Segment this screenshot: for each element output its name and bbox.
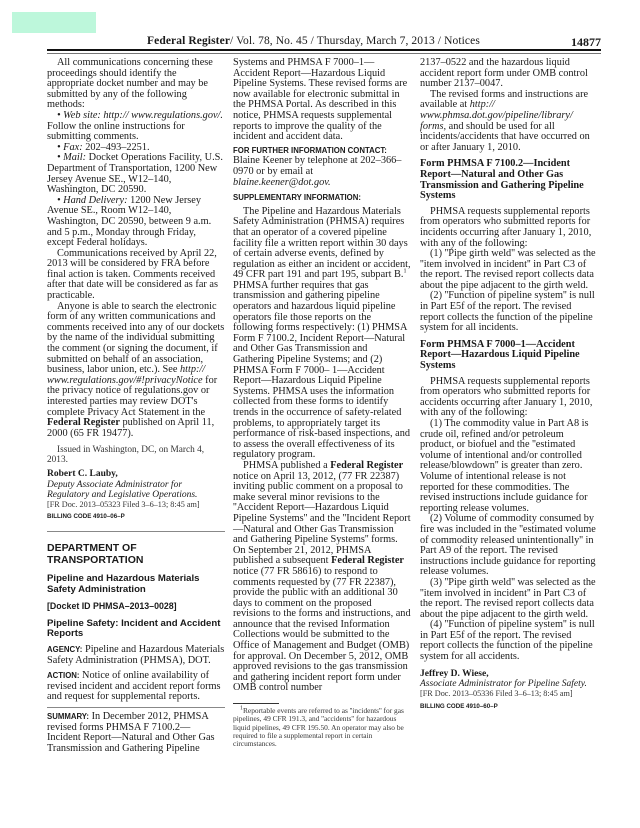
paragraph: Systems and PHMSA F 7000–1— Accident Rep…: [233, 58, 411, 143]
highlight-marker: [12, 12, 96, 33]
paragraph: Communications received by April 22, 201…: [47, 249, 225, 302]
paragraph: The Pipeline and Hazardous Materials Saf…: [233, 207, 411, 461]
paragraph: All communications concerning these proc…: [47, 58, 225, 111]
agency-heading: Pipeline and Hazardous Materials Safety …: [47, 574, 225, 595]
summary-block: SUMMARY: In December 2012, PHMSA revised…: [47, 712, 225, 754]
subject-heading: Pipeline Safety: Incident and Accident R…: [47, 619, 225, 640]
list-item: (1) The commodity value in Part A8 is cr…: [420, 419, 598, 514]
issued-line: Issued in Washington, DC, on March 4, 20…: [47, 445, 225, 465]
method-mail: • Mail: Docket Operations Facility, U.S.…: [47, 153, 225, 195]
issue-info: / Vol. 78, No. 45 / Thursday, March 7, 2…: [230, 35, 480, 47]
header-rule-thin: [47, 53, 601, 54]
publication-name: Federal Register: [147, 35, 230, 47]
section-heading-7000: Form PHMSA F 7000–1—Accident Report—Haza…: [420, 340, 598, 372]
billing-code: BILLING CODE 4910–06–P: [47, 512, 225, 523]
page-number: 14877: [571, 35, 601, 50]
list-item: (1) ''Pipe girth weld'' was selected as …: [420, 249, 598, 291]
fr-doc: [FR Doc. 2013–05323 Filed 3–6–13; 8:45 a…: [47, 500, 225, 510]
contact-text: Blaine Keener by telephone at 202–366– 0…: [233, 156, 411, 188]
footnote: 1Reportable events are referred to as ''…: [233, 707, 411, 748]
list-item: (3) ''Pipe girth weld'' was selected as …: [420, 578, 598, 620]
department-heading: DEPARTMENT OF TRANSPORTATION: [47, 542, 225, 566]
billing-code: BILLING CODE 4910–60–P: [420, 702, 598, 713]
footnote-ref[interactable]: 1: [403, 269, 406, 275]
section-heading-7100: Form PHMSA F 7100.2—Incident Report—Natu…: [420, 159, 598, 201]
signer-name: Robert C. Lauby,: [47, 469, 225, 480]
fr-doc: [FR Doc. 2013–05336 Filed 3–6–13; 8:45 a…: [420, 689, 598, 699]
header-title: Federal Register/ Vol. 78, No. 45 / Thur…: [147, 35, 480, 47]
signer-name: Jeffrey D. Wiese,: [420, 669, 598, 680]
supplementary-label: SUPPLEMENTARY INFORMATION:: [233, 193, 411, 204]
divider: [47, 531, 225, 532]
email-link[interactable]: blaine.keener@dot.gov.: [233, 177, 331, 188]
action-block: ACTION: Notice of online availability of…: [47, 671, 225, 703]
agency-block: AGENCY: Pipeline and Hazardous Materials…: [47, 645, 225, 666]
paragraph: The revised forms and instructions are a…: [420, 90, 598, 154]
list-item: (2) ''Function of pipeline system'' is n…: [420, 291, 598, 333]
signer-title: Associate Administrator for Pipeline Saf…: [420, 679, 598, 689]
method-web: • Web site: http:// www.regulations.gov/…: [47, 111, 225, 143]
paragraph: PHMSA published a Federal Register notic…: [233, 461, 411, 694]
paragraph: PHMSA requests supplemental reports from…: [420, 207, 598, 249]
web-site-link[interactable]: • Web site: http:// www.regulations.gov/…: [57, 110, 223, 121]
paragraph: PHMSA requests supplemental reports from…: [420, 377, 598, 419]
list-item: (4) ''Function of pipeline system'' is n…: [420, 620, 598, 662]
divider: [47, 707, 225, 708]
list-item: (2) Volume of commodity consumed by fire…: [420, 514, 598, 578]
running-header: Federal Register/ Vol. 78, No. 45 / Thur…: [47, 34, 601, 54]
header-rule-thick: [47, 49, 601, 51]
signer-title: Deputy Associate Administrator for Regul…: [47, 480, 225, 500]
docket-id: [Docket ID PHMSA–2013–0028]: [47, 601, 225, 612]
column-1: All communications concerning these proc…: [47, 58, 225, 754]
paragraph: 2137–0522 and the hazardous liquid accid…: [420, 58, 598, 90]
method-hand-delivery: • Hand Delivery: 1200 New Jersey Avenue …: [47, 196, 225, 249]
column-2: Systems and PHMSA F 7000–1— Accident Rep…: [233, 58, 411, 749]
footnote-rule: [233, 703, 279, 704]
paragraph: Anyone is able to search the electronic …: [47, 302, 225, 440]
column-3: 2137–0522 and the hazardous liquid accid…: [420, 58, 598, 712]
